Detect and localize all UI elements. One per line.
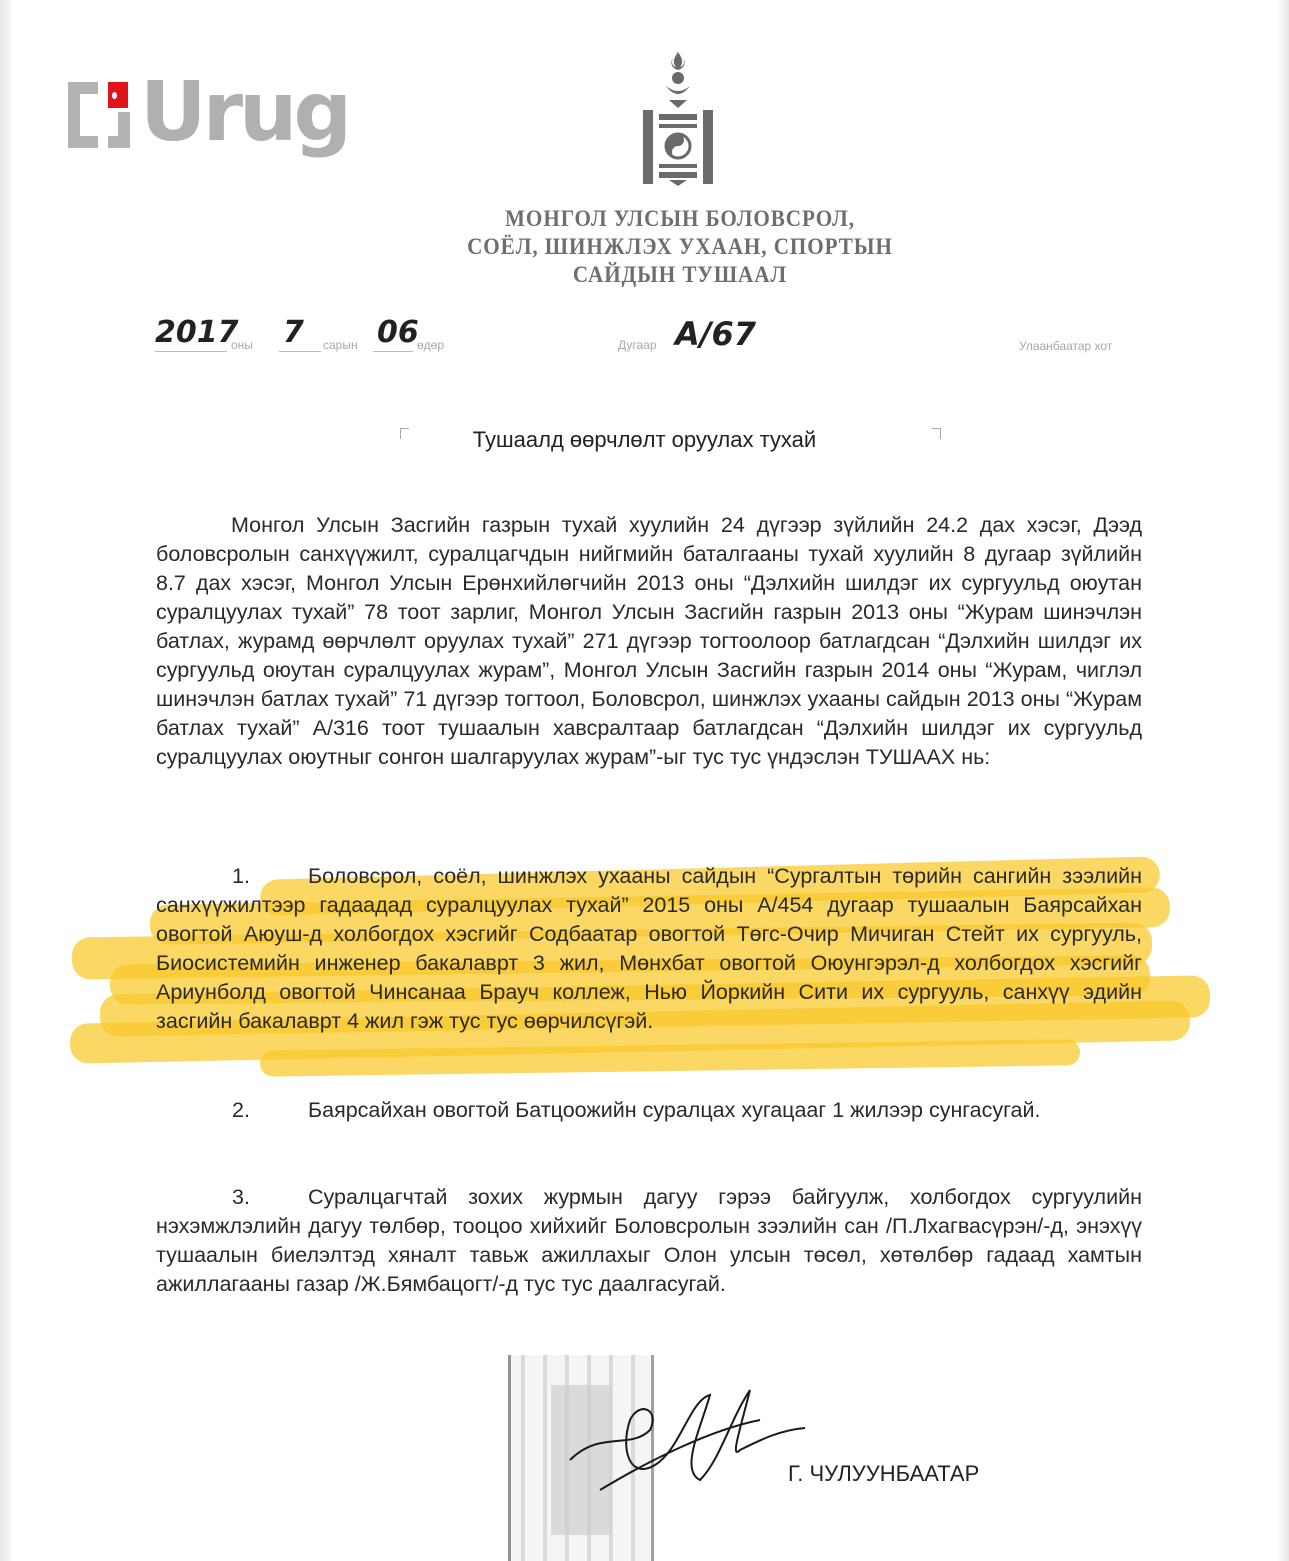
ministry-header: МОНГОЛ УЛСЫН БОЛОВСРОЛ, СОЁЛ, ШИНЖЛЭХ УХ…	[404, 205, 956, 289]
order-item: 3.Суралцагчтай зохих журмын дагуу гэрээ …	[156, 1183, 1142, 1299]
page-edge-left	[0, 0, 12, 1561]
item-number: 2.	[156, 1096, 308, 1125]
month-label: сарын	[323, 338, 358, 352]
order-meta-row: 2017 оны 7 сарын 06 өдөр Дугаар А/67 Ула…	[155, 315, 1155, 375]
year-label: оны	[231, 338, 253, 352]
urug-logo: Urug	[68, 80, 348, 172]
signer-name: Г. ЧУЛУУНБААТАР	[788, 1461, 979, 1487]
ministry-line: СОЁЛ, ШИНЖЛЭХ УХААН, СПОРТЫН	[404, 233, 956, 261]
item-text: Баярсайхан овогтой Батцоожийн суралцах х…	[308, 1098, 1040, 1122]
preamble-paragraph: Монгол Улсын Засгийн газрын тухай хуулий…	[156, 511, 1142, 772]
order-number: А/67	[675, 315, 756, 353]
ministry-line: МОНГОЛ УЛСЫН БОЛОВСРОЛ,	[404, 205, 956, 233]
preamble-text: Монгол Улсын Засгийн газрын тухай хуулий…	[156, 513, 1142, 769]
order-item: 2.Баярсайхан овогтой Батцоожийн суралцах…	[156, 1096, 1142, 1125]
logo-mark-icon	[68, 82, 140, 148]
city-label: Улаанбаатар хот	[1019, 339, 1112, 353]
date-day: 06	[377, 315, 419, 350]
document-title: Тушаалд өөрчлөлт оруулах тухай	[0, 427, 1289, 453]
day-label: өдөр	[417, 338, 444, 352]
soyombo-emblem-icon	[641, 52, 715, 186]
number-label: Дугаар	[618, 338, 657, 352]
date-year: 2017	[155, 315, 239, 350]
ministry-line: САЙДЫН ТУШААЛ	[404, 261, 956, 289]
date-month: 7	[283, 315, 304, 350]
order-item: 1.Боловсрол, соёл, шинжлэх ухааны сайдын…	[156, 862, 1142, 1036]
page-edge-right	[1279, 0, 1289, 1561]
item-number: 1.	[156, 862, 308, 891]
signature-scribble-icon	[560, 1370, 810, 1500]
logo-text: Urug	[140, 80, 348, 146]
item-number: 3.	[156, 1183, 308, 1212]
